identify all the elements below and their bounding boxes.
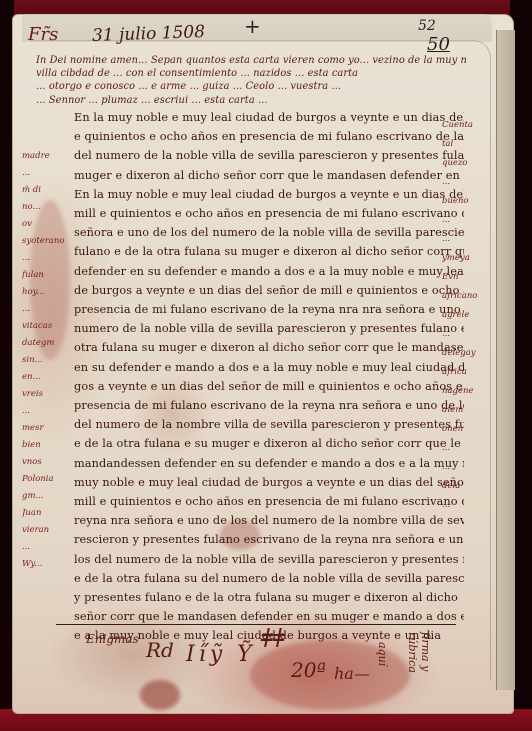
- preamble-line: villa cibdad de ... con el consentimient…: [36, 67, 466, 80]
- signature-flourish: ǂǂ: [261, 624, 285, 654]
- folio-number-old: 52: [418, 18, 436, 34]
- margin-note: onen: [442, 420, 502, 439]
- margin-note: ...: [442, 211, 502, 230]
- margin-note: ...: [442, 458, 502, 477]
- margin-note: ymeya: [442, 249, 502, 268]
- margin-note: tal: [442, 135, 502, 154]
- signature-block: Enlgmas Rd Ii̋ỹ Ỹ ǂǂ 20ª ha— aquí firma …: [86, 632, 446, 692]
- margin-note: madre: [22, 148, 76, 165]
- margin-note: nagene: [442, 382, 502, 401]
- margin-note: fulan: [22, 267, 76, 284]
- margin-note: vitacas: [22, 318, 76, 335]
- margin-note: bien: [22, 437, 76, 454]
- text-line: En la muy noble e muy leal ciudad de bur…: [74, 108, 464, 127]
- signature: Enlgmas: [86, 632, 139, 646]
- text-line: presencia de mi fulano escrivano de la r…: [74, 396, 464, 415]
- text-line: rescieron y presentes fulano escrivano d…: [74, 530, 464, 549]
- header-date: 31 julio 1508: [92, 22, 206, 46]
- text-line: señora e uno de los del numero de la nob…: [74, 223, 464, 242]
- text-line: reyna nra señora e uno de los del numero…: [74, 511, 464, 530]
- margin-note: Juan: [22, 505, 76, 522]
- margin-note: en...: [22, 369, 76, 386]
- text-line: fulano e de la otra fulana su muger e di…: [74, 242, 464, 261]
- left-margin-notes: madre ... m̃ di no... ov syoterano ... f…: [22, 148, 76, 573]
- margin-note: ...: [442, 173, 502, 192]
- margin-note: ...: [442, 496, 502, 515]
- margin-note: mesr: [22, 420, 76, 437]
- margin-note: vnos: [22, 454, 76, 471]
- margin-note: quezo: [442, 154, 502, 173]
- body-text: En la muy noble e muy leal ciudad de bur…: [74, 108, 464, 646]
- margin-note: ...: [442, 230, 502, 249]
- preamble-block: In Dei nomine amen... Sepan quantos esta…: [36, 54, 466, 107]
- margin-note: dategm: [22, 335, 76, 352]
- margin-note: Cuenta: [442, 116, 502, 135]
- margin-note: bueno: [442, 192, 502, 211]
- text-line: muger e dixeron al dicho señor corr que …: [74, 166, 464, 185]
- margin-note: africano: [442, 287, 502, 306]
- right-margin-notes: Cuenta tal quezo ... bueno ... ... ymeya…: [442, 116, 502, 515]
- margin-note: ...: [442, 325, 502, 344]
- margin-note: diem: [442, 401, 502, 420]
- text-line: de burgos a veynte e un dias del señor d…: [74, 281, 464, 300]
- text-line: mill e quinientos e ocho años en presenc…: [74, 492, 464, 511]
- signature: 20ª: [291, 658, 326, 682]
- margin-note: m̃ di: [22, 182, 76, 199]
- cross-icon: +: [244, 14, 261, 38]
- margin-note: dela: [442, 477, 502, 496]
- text-line: muy noble e muy leal ciudad de burgos a …: [74, 473, 464, 492]
- text-line: presencia de mi fulano escrivano de la r…: [74, 300, 464, 319]
- preamble-line: In Dei nomine amen... Sepan quantos esta…: [36, 54, 466, 67]
- signature: Rd: [146, 638, 174, 662]
- signature-rubric: firma y rúbrica: [406, 632, 432, 692]
- margin-note: ...: [22, 539, 76, 556]
- text-line: del numero de la nombre villa de sevilla…: [74, 415, 464, 434]
- margin-note: Wy...: [22, 556, 76, 573]
- margin-note: syoterano: [22, 233, 76, 250]
- margin-note: gm...: [22, 488, 76, 505]
- margin-note: Evn: [442, 268, 502, 287]
- margin-note: Polonia: [22, 471, 76, 488]
- text-line: en su defender e mando a dos e a la muy …: [74, 358, 464, 377]
- header-mark: Fr̃s: [28, 24, 58, 45]
- margin-note: agrele: [442, 306, 502, 325]
- margin-note: vieran: [22, 522, 76, 539]
- margin-note: ...: [22, 403, 76, 420]
- signature: Ii̋ỹ Ỹ: [186, 642, 256, 667]
- margin-note: ...: [22, 165, 76, 182]
- margin-note: ...: [22, 250, 76, 267]
- margin-note: sin...: [22, 352, 76, 369]
- text-line: y presentes fulano e de la otra fulana s…: [74, 588, 464, 607]
- margin-note: ...: [442, 439, 502, 458]
- text-line: En la muy noble e muy leal ciudad de bur…: [74, 185, 464, 204]
- margin-note: ov: [22, 216, 76, 233]
- margin-note: delegay: [442, 344, 502, 363]
- text-line: e de la otra fulana su del numero de la …: [74, 569, 464, 588]
- signature: ha—: [334, 664, 370, 683]
- closing-rule-line: [56, 624, 456, 625]
- margin-note: hoy...: [22, 284, 76, 301]
- margin-note: no...: [22, 199, 76, 216]
- text-line: gos a veynte e un dias del señor de mill…: [74, 377, 464, 396]
- text-line: mill e quinientos e ocho años en presenc…: [74, 204, 464, 223]
- margin-note: ...: [22, 301, 76, 318]
- preamble-line: ... otorgo e conosco ... e arme ... guiz…: [36, 80, 466, 93]
- preamble-line: ... Sennor ... plumaz ... escriui ... es…: [36, 94, 466, 107]
- text-line: los del numero de la noble villa de sevi…: [74, 550, 464, 569]
- text-line: e quinientos e ocho años en presencia de…: [74, 127, 464, 146]
- text-line: e de la otra fulana e su muger e dixeron…: [74, 434, 464, 453]
- text-line: defender en su defender e mando a dos e …: [74, 262, 464, 281]
- text-line: numero de la noble villa de sevilla pare…: [74, 319, 464, 338]
- folio-number: 50: [427, 34, 450, 55]
- margin-note: vreis: [22, 386, 76, 403]
- text-line: del numero de la noble villa de sevilla …: [74, 146, 464, 165]
- signature: aquí: [376, 642, 389, 666]
- text-line: otra fulana su muger e dixeron al dicho …: [74, 338, 464, 357]
- margin-note: africa: [442, 363, 502, 382]
- text-line: mandandessen defender en su defender e m…: [74, 454, 464, 473]
